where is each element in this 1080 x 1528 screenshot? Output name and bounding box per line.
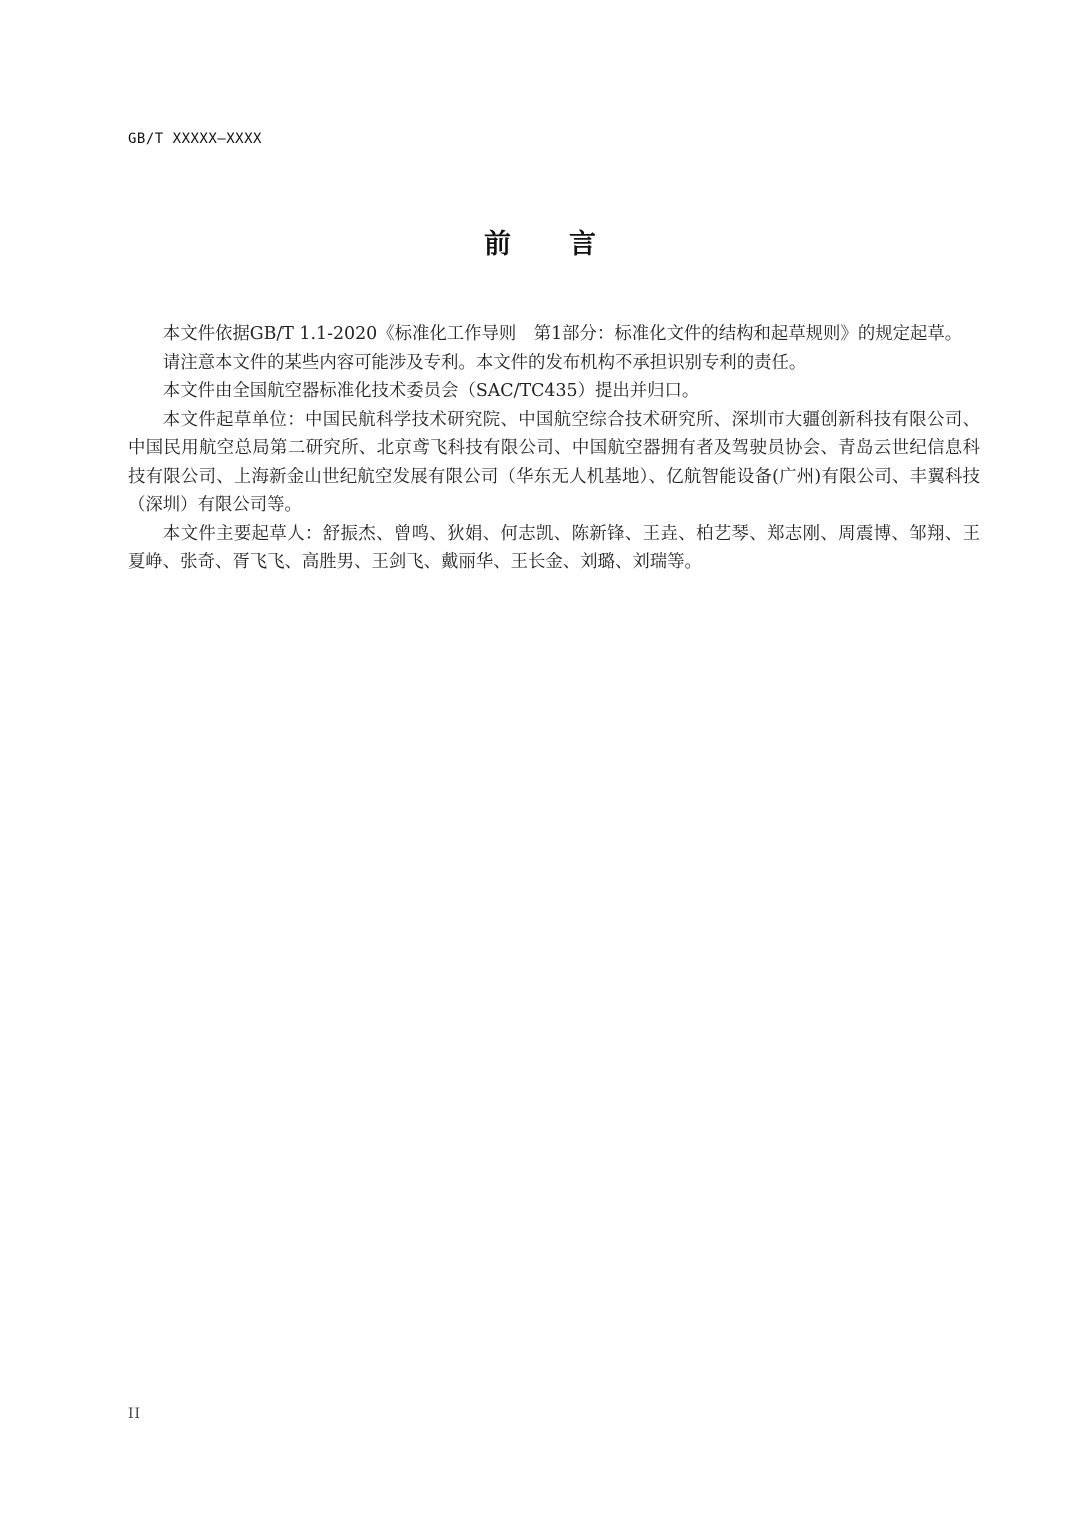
document-code: GB/T XXXXX—XXXX bbox=[128, 131, 262, 147]
foreword-body: 本文件依据GB/T 1.1-2020《标准化工作导则 第1部分：标准化文件的结构… bbox=[128, 320, 980, 577]
paragraph-drafters: 本文件主要起草人：舒振杰、曾鸣、狄娟、何志凯、陈新锋、王垚、柏艺琴、郑志刚、周震… bbox=[128, 520, 980, 577]
paragraph-proposer: 本文件由全国航空器标准化技术委员会（SAC/TC435）提出并归口。 bbox=[128, 377, 980, 406]
document-page: GB/T XXXXX—XXXX 前言 本文件依据GB/T 1.1-2020《标准… bbox=[0, 0, 1080, 1528]
title-char-2: 言 bbox=[569, 222, 596, 261]
paragraph-patent-notice: 请注意本文件的某些内容可能涉及专利。本文件的发布机构不承担识别专利的责任。 bbox=[128, 349, 980, 378]
title-char-1: 前 bbox=[484, 222, 511, 261]
paragraph-basis: 本文件依据GB/T 1.1-2020《标准化工作导则 第1部分：标准化文件的结构… bbox=[128, 320, 980, 349]
paragraph-drafting-units: 本文件起草单位：中国民航科学技术研究院、中国航空综合技术研究所、深圳市大疆创新科… bbox=[128, 406, 980, 520]
page-title: 前言 bbox=[0, 222, 1080, 261]
page-number: II bbox=[128, 1406, 141, 1422]
